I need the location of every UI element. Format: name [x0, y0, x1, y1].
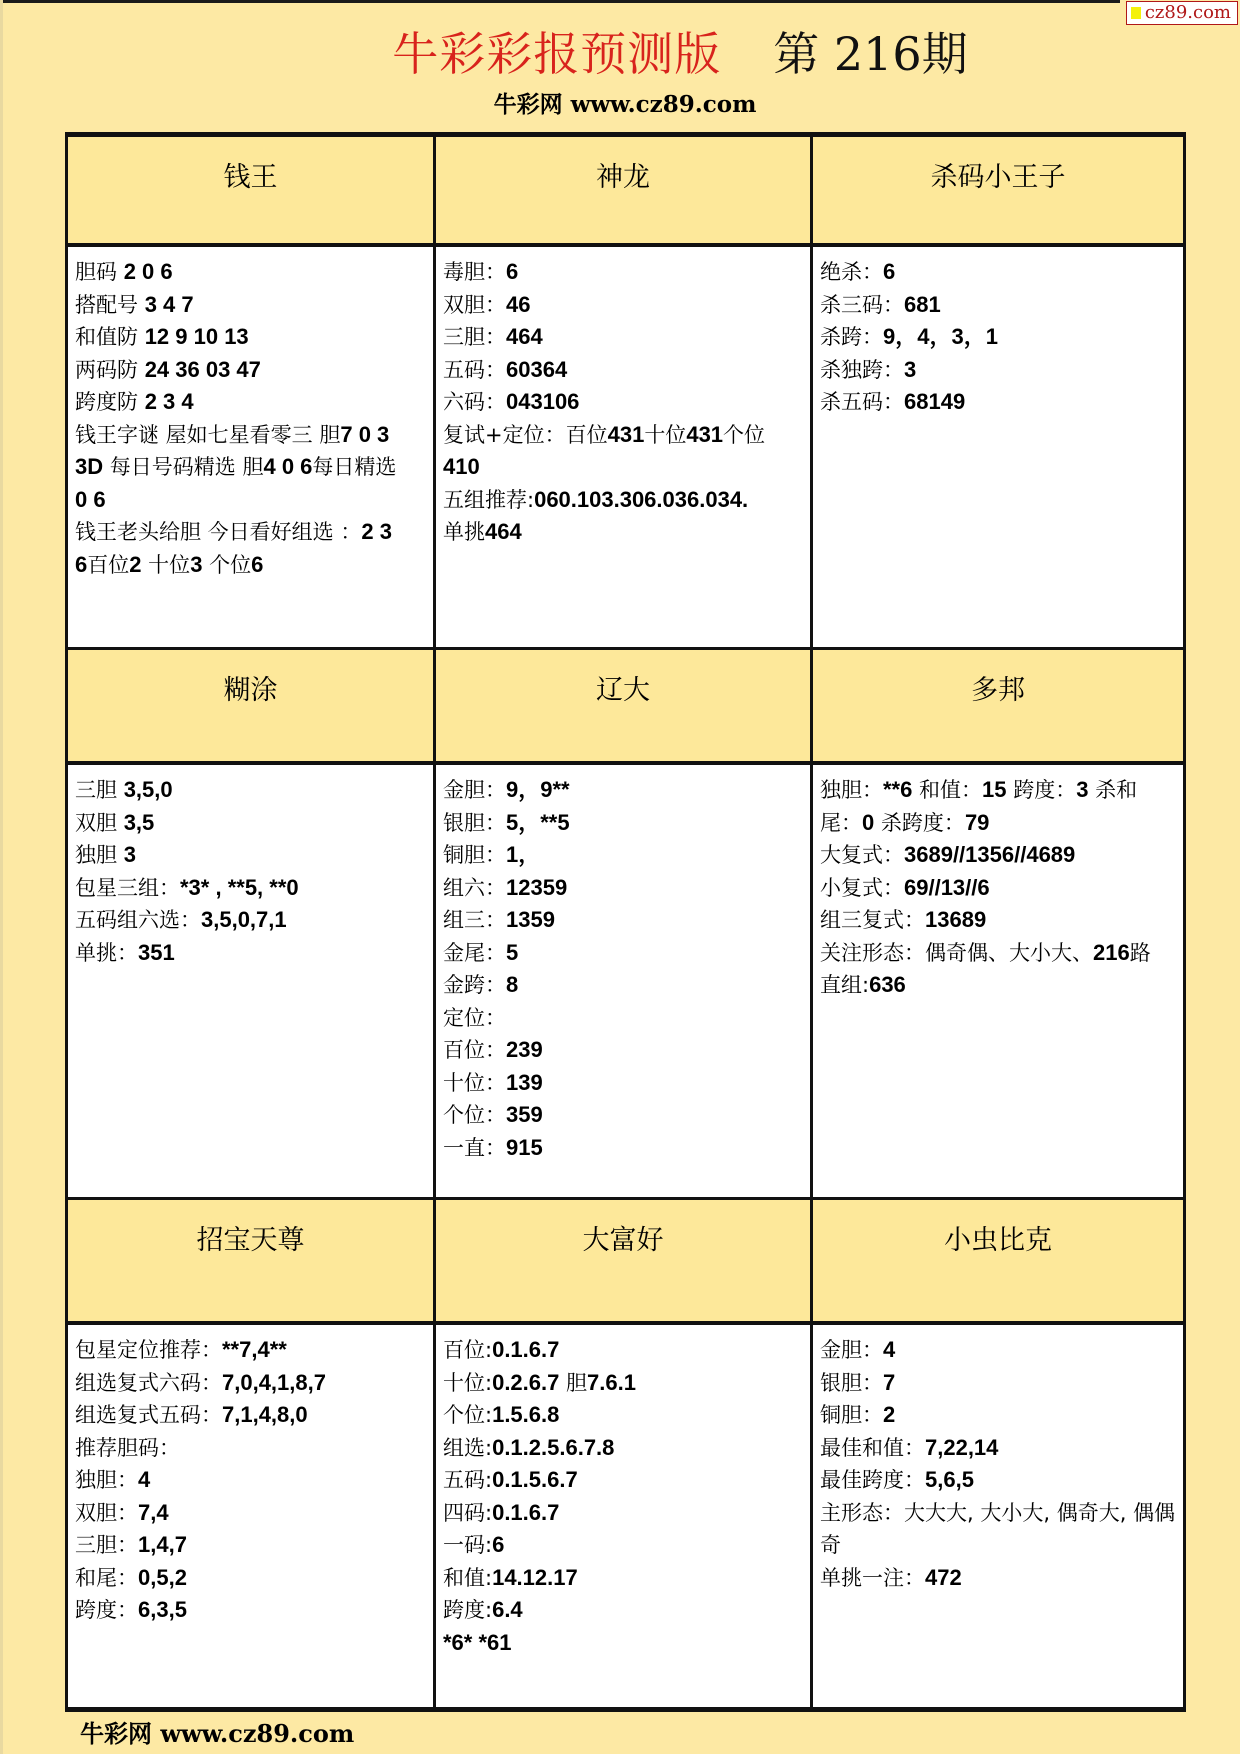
entry-line: 定位：	[443, 1002, 810, 1035]
entry-line: 尾：0 杀跨度：79	[820, 807, 1183, 840]
entry-label: 独胆：	[75, 1468, 138, 1492]
entry-label: 奇	[820, 1533, 841, 1557]
entry-value: 1359	[506, 907, 555, 932]
entry-line: 主形态：大大大, 大小大, 偶奇大, 偶偶	[820, 1497, 1183, 1530]
entry-line: 一码:6	[443, 1529, 810, 1562]
entry-line: 杀跨：9，4，3，1	[820, 321, 1183, 354]
entry-line: 最佳和值：7,22,14	[820, 1432, 1183, 1465]
entry-line: 直组:636	[820, 969, 1183, 1002]
entry-label: 一直：	[443, 1136, 506, 1160]
entry-value: 216	[1093, 940, 1130, 965]
entry-value: **6	[883, 777, 912, 802]
entry-line: 关注形态：偶奇偶、大小大、216路	[820, 937, 1183, 970]
entry-value: 60364	[506, 357, 567, 382]
entry-label: 绝杀：	[820, 260, 883, 284]
entry-value: 431	[686, 422, 723, 447]
entry-line: 十位:0.2.6.7 胆7.6.1	[443, 1367, 810, 1400]
entry-label: 关注形态：偶奇偶、大小大、	[820, 941, 1093, 965]
entry-line: 双胆：7,4	[75, 1497, 433, 1530]
entry-value: 12359	[506, 875, 567, 900]
entry-value: **7,4**	[222, 1337, 287, 1362]
section-header-shamaxiaowangzi: 杀码小王子	[813, 137, 1183, 247]
entry-value: 79	[965, 810, 989, 835]
entry-line: 三胆：464	[443, 321, 810, 354]
section-body: 金胆：4银胆：7铜胆：2最佳和值：7,22,14最佳跨度：5,6,5主形态：大大…	[813, 1325, 1183, 1707]
entry-label: 金尾：	[443, 941, 506, 965]
entry-line: 百位：239	[443, 1034, 810, 1067]
entry-label: 金胆：	[820, 1338, 883, 1362]
entry-line: 杀三码：681	[820, 289, 1183, 322]
entry-value: 5，**5	[506, 810, 570, 835]
entry-line: 钱王字谜 屋如七星看零三 胆7 0 3	[75, 419, 433, 452]
entry-value: 1.5.6.8	[492, 1402, 559, 1427]
entry-line: 410	[443, 451, 810, 484]
section-header-zhaobaotianzun: 招宝天尊	[68, 1200, 436, 1325]
section-body: 百位:0.1.6.7十位:0.2.6.7 胆7.6.1个位:1.5.6.8组选:…	[436, 1325, 813, 1707]
section-title: 大富好	[583, 1225, 664, 1256]
entry-label: 杀三码：	[820, 293, 904, 317]
section-header-shenlong: 神龙	[436, 137, 813, 247]
entry-line: 双胆 3,5	[75, 807, 433, 840]
entry-label: 三胆：	[443, 325, 506, 349]
entry-line: 组选:0.1.2.5.6.7.8	[443, 1432, 810, 1465]
entry-label: 组三复式：	[820, 908, 925, 932]
entry-label: 包星三组：	[75, 876, 180, 900]
entry-line: 单挑：351	[75, 937, 433, 970]
entry-label: 个位	[202, 553, 251, 577]
prediction-grid: 钱王 神龙 杀码小王子 胆码 2 0 6搭配号 3 4 7和值防 12 9 10…	[65, 132, 1186, 1712]
section-title: 小虫比克	[944, 1225, 1052, 1256]
entry-value: 351	[138, 940, 175, 965]
section-body: 绝杀：6杀三码：681杀跨：9，4，3，1杀独跨：3杀五码：68149	[813, 247, 1183, 650]
entry-label: 最佳和值：	[820, 1436, 925, 1460]
entry-label: 五码组六选：	[75, 908, 201, 932]
section-title: 糊涂	[224, 675, 278, 706]
entry-line: 和值:14.12.17	[443, 1562, 810, 1595]
entry-line: 大复式：3689//1356//4689	[820, 839, 1183, 872]
entry-line: 金胆：4	[820, 1334, 1183, 1367]
entry-line: 个位:1.5.6.8	[443, 1399, 810, 1432]
entry-label: 杀五码：	[820, 390, 904, 414]
entry-label: 四码:	[443, 1501, 492, 1525]
entry-label: 和值防	[75, 325, 145, 349]
entry-label: 十位：	[443, 1071, 506, 1095]
issue-number: 第 216期	[773, 18, 967, 84]
entry-value: 0.2.6.7	[492, 1370, 559, 1395]
entry-label: 杀独跨：	[820, 358, 904, 382]
entry-line: 独胆：**6 和值：15 跨度：3 杀和	[820, 774, 1183, 807]
entry-value: 3	[904, 357, 916, 382]
entry-line: 组三：1359	[443, 904, 810, 937]
entry-label: 单挑：	[75, 941, 138, 965]
entry-line: 五码：60364	[443, 354, 810, 387]
entry-value: 6,3,5	[138, 1597, 187, 1622]
section-body: 胆码 2 0 6搭配号 3 4 7和值防 12 9 10 13两码防 24 36…	[68, 247, 436, 650]
entry-value: 4	[138, 1467, 150, 1492]
entry-value: 0	[862, 810, 874, 835]
entry-value: 9，9**	[506, 777, 570, 802]
entry-label: 跨度：	[1007, 778, 1077, 802]
entry-value: 69//13//6	[904, 875, 990, 900]
entry-label: 五组推荐:	[443, 488, 534, 512]
entry-label: 定位：	[443, 1006, 506, 1030]
section-header-qianwang: 钱王	[68, 137, 436, 247]
section-header-liaoda: 辽大	[436, 650, 813, 765]
entry-label: 组选复式五码：	[75, 1403, 222, 1427]
section-title: 钱王	[224, 162, 278, 193]
entry-label: 个位:	[443, 1403, 492, 1427]
entry-line: 复试+定位：百位431十位431个位	[443, 419, 810, 452]
entry-line: 四码:0.1.6.7	[443, 1497, 810, 1530]
entry-value: 1,4,7	[138, 1532, 187, 1557]
entry-value: 8	[506, 972, 518, 997]
section-title: 辽大	[596, 675, 650, 706]
entry-label: 跨度：	[75, 1598, 138, 1622]
section-body: 独胆：**6 和值：15 跨度：3 杀和尾：0 杀跨度：79大复式：3689//…	[813, 765, 1183, 1200]
entry-line: 跨度：6,3,5	[75, 1594, 433, 1627]
entry-value: 915	[506, 1135, 543, 1160]
entry-label: 直组:	[820, 973, 869, 997]
entry-label: 三胆	[75, 778, 124, 802]
entry-label: 银胆：	[443, 811, 506, 835]
left-edge	[0, 0, 3, 1754]
entry-label: 杀跨度：	[874, 811, 965, 835]
entry-line: 双胆：46	[443, 289, 810, 322]
entry-label: 十位	[644, 423, 686, 447]
entry-value: 7,0,4,1,8,7	[222, 1370, 326, 1395]
entry-label: 主形态：大大大, 大小大, 偶奇大, 偶偶	[820, 1501, 1175, 1525]
entry-value: 3D	[75, 454, 103, 479]
entry-line: 百位:0.1.6.7	[443, 1334, 810, 1367]
entry-value: 060.103.306.036.034.	[534, 487, 748, 512]
entry-label: 金胆：	[443, 778, 506, 802]
entry-line: 跨度:6.4	[443, 1594, 810, 1627]
entry-value: 464	[506, 324, 543, 349]
entry-label: 银胆：	[820, 1371, 883, 1395]
entry-label: 单挑一注：	[820, 1566, 925, 1590]
entry-label: 最佳跨度：	[820, 1468, 925, 1492]
entry-value: 431	[608, 422, 645, 447]
entry-label: 胆	[559, 1371, 587, 1395]
entry-label: 每日精选	[312, 455, 396, 479]
entry-line: 绝杀：6	[820, 256, 1183, 289]
entry-value: 4 0 6	[263, 454, 312, 479]
entry-label: 三胆：	[75, 1533, 138, 1557]
section-title: 多邦	[971, 675, 1025, 706]
entry-label: 铜胆：	[443, 843, 506, 867]
entry-value: 9，4，3，1	[883, 324, 998, 349]
entry-line: 和值防 12 9 10 13	[75, 321, 433, 354]
entry-label: 双胆：	[75, 1501, 138, 1525]
entry-value: 6.4	[492, 1597, 523, 1622]
entry-line: 和尾：0,5,2	[75, 1562, 433, 1595]
entry-value: 3689//1356//4689	[904, 842, 1075, 867]
entry-line: 金跨：8	[443, 969, 810, 1002]
entry-line: 铜胆：1，	[443, 839, 810, 872]
entry-label: 大复式：	[820, 843, 904, 867]
entry-label: 金跨：	[443, 973, 506, 997]
entry-line: 包星三组：*3* , **5, **0	[75, 872, 433, 905]
entry-value: 2	[883, 1402, 895, 1427]
entry-value: 6	[75, 552, 87, 577]
entry-line: 0 6	[75, 484, 433, 517]
entry-line: 一直：915	[443, 1132, 810, 1165]
entry-value: 3	[124, 842, 136, 867]
entry-value: 7.6.1	[587, 1370, 636, 1395]
entry-value: 46	[506, 292, 530, 317]
entry-value: 0 6	[75, 487, 106, 512]
entry-value: 472	[925, 1565, 962, 1590]
entry-line: 胆码 2 0 6	[75, 256, 433, 289]
entry-label: 尾：	[820, 811, 862, 835]
entry-label: 十位	[142, 553, 191, 577]
entry-line: 五码组六选：3,5,0,7,1	[75, 904, 433, 937]
entry-value: 0,5,2	[138, 1565, 187, 1590]
entry-value: 7,1,4,8,0	[222, 1402, 308, 1427]
entry-value: 239	[506, 1037, 543, 1062]
entry-line: 银胆：7	[820, 1367, 1183, 1400]
entry-label: 五码：	[443, 358, 506, 382]
entry-value: 3,5,0	[124, 777, 173, 802]
entry-line: 十位：139	[443, 1067, 810, 1100]
entry-value: 464	[485, 519, 522, 544]
section-title: 招宝天尊	[197, 1225, 305, 1256]
entry-value: 359	[506, 1102, 543, 1127]
section-header-hutu: 糊涂	[68, 650, 436, 765]
section-header-dafuhao: 大富好	[436, 1200, 813, 1325]
entry-value: 139	[506, 1070, 543, 1095]
entry-label: 复试+定位：百位	[443, 423, 608, 447]
entry-value: 0.1.6.7	[492, 1500, 559, 1525]
entry-label: 独胆	[75, 843, 124, 867]
entry-value: 0.1.6.7	[492, 1337, 559, 1362]
section-header-duobang: 多邦	[813, 650, 1183, 765]
entry-label: 和值：	[912, 778, 982, 802]
entry-label: 跨度防	[75, 390, 145, 414]
entry-label: 个位：	[443, 1103, 506, 1127]
entry-value: 6	[492, 1532, 504, 1557]
entry-label: 双胆：	[443, 293, 506, 317]
entry-value: 3 4 7	[145, 292, 194, 317]
entry-line: 金胆：9，9**	[443, 774, 810, 807]
entry-line: 两码防 24 36 03 47	[75, 354, 433, 387]
entry-label: 组六：	[443, 876, 506, 900]
entry-line: 铜胆：2	[820, 1399, 1183, 1432]
section-header-xiaochongbike: 小虫比克	[813, 1200, 1183, 1325]
entry-line: 三胆 3,5,0	[75, 774, 433, 807]
entry-value: 043106	[506, 389, 579, 414]
entry-label: 十位:	[443, 1371, 492, 1395]
entry-label: 个位	[723, 423, 765, 447]
entry-label: 和尾：	[75, 1566, 138, 1590]
entry-line: 三胆：1,4,7	[75, 1529, 433, 1562]
entry-line: 3D 每日号码精选 胆4 0 6每日精选	[75, 451, 433, 484]
entry-value: 3,5	[124, 810, 155, 835]
entry-value: 0.1.2.5.6.7.8	[492, 1435, 614, 1460]
entry-line: 最佳跨度：5,6,5	[820, 1464, 1183, 1497]
entry-line: 个位：359	[443, 1099, 810, 1132]
entry-line: 组六：12359	[443, 872, 810, 905]
section-body: 毒胆：6双胆：46三胆：464五码：60364六码：043106复试+定位：百位…	[436, 247, 813, 650]
section-title: 杀码小王子	[931, 162, 1066, 193]
entry-label: 包星定位推荐：	[75, 1338, 222, 1362]
entry-value: 3	[1076, 777, 1088, 802]
entry-line: 杀独跨：3	[820, 354, 1183, 387]
entry-line: 独胆：4	[75, 1464, 433, 1497]
entry-label: 胆码	[75, 260, 124, 284]
entry-label: 六码：	[443, 390, 506, 414]
entry-label: 小复式：	[820, 876, 904, 900]
entry-line: 银胆：5，**5	[443, 807, 810, 840]
entry-label: 百位:	[443, 1338, 492, 1362]
entry-value: 14.12.17	[492, 1565, 578, 1590]
entry-value: 2 3 4	[145, 389, 194, 414]
entry-value: 2 0 6	[124, 259, 173, 284]
entry-label: 独胆：	[820, 778, 883, 802]
entry-label: 百位：	[443, 1038, 506, 1062]
entry-label: 杀跨：	[820, 325, 883, 349]
entry-label: 推荐胆码：	[75, 1436, 180, 1460]
entry-line: 组选复式五码：7,1,4,8,0	[75, 1399, 433, 1432]
entry-value: 410	[443, 454, 480, 479]
entry-label: 单挑	[443, 520, 485, 544]
site-subtitle: 牛彩网 www.cz89.com	[0, 86, 1240, 119]
entry-value: 13689	[925, 907, 986, 932]
entry-line: 单挑一注：472	[820, 1562, 1183, 1595]
entry-value: 4	[883, 1337, 895, 1362]
entry-value: 1，	[506, 842, 540, 867]
entry-value: 6	[251, 552, 263, 577]
page-header: 牛彩彩报预测版 第 216期	[0, 18, 1240, 84]
entry-line: 组选复式六码：7,0,4,1,8,7	[75, 1367, 433, 1400]
entry-value: 6	[883, 259, 895, 284]
entry-line: 杀五码：68149	[820, 386, 1183, 419]
page-title: 牛彩彩报预测版	[392, 18, 721, 84]
entry-value: 5	[506, 940, 518, 965]
entry-value: 24 36 03 47	[145, 357, 261, 382]
entry-label: 双胆	[75, 811, 124, 835]
entry-label: 和值:	[443, 1566, 492, 1590]
entry-line: 钱王老头给胆 今日看好组选 ：2 3	[75, 516, 433, 549]
entry-line: *6* *61	[443, 1627, 810, 1660]
entry-label: 杀和	[1088, 778, 1137, 802]
entry-value: 3,5,0,7,1	[201, 907, 287, 932]
entry-label: 五码:	[443, 1468, 492, 1492]
entry-line: 金尾：5	[443, 937, 810, 970]
entry-label: 组选复式六码：	[75, 1371, 222, 1395]
entry-line: 推荐胆码：	[75, 1432, 433, 1465]
entry-value: 3	[190, 552, 202, 577]
entry-line: 包星定位推荐：**7,4**	[75, 1334, 433, 1367]
entry-label: 毒胆：	[443, 260, 506, 284]
entry-line: 奇	[820, 1529, 1183, 1562]
entry-line: 组三复式：13689	[820, 904, 1183, 937]
top-rule	[0, 0, 1120, 3]
section-body: 金胆：9，9**银胆：5，**5铜胆：1，组六：12359组三：1359金尾：5…	[436, 765, 813, 1200]
entry-label: 两码防	[75, 358, 145, 382]
entry-label: 路	[1130, 941, 1151, 965]
entry-line: 单挑464	[443, 516, 810, 549]
entry-label: 钱王老头给胆 今日看好组选 ：	[75, 520, 361, 544]
entry-label: 每日号码精选 胆	[103, 455, 263, 479]
entry-value: 2 3	[361, 519, 392, 544]
entry-value: *3* , **5, **0	[180, 875, 299, 900]
entry-line: 小复式：69//13//6	[820, 872, 1183, 905]
entry-line: 6百位2 十位3 个位6	[75, 549, 433, 582]
entry-value: 2	[129, 552, 141, 577]
entry-line: 搭配号 3 4 7	[75, 289, 433, 322]
entry-value: 7,22,14	[925, 1435, 998, 1460]
section-body: 包星定位推荐：**7,4**组选复式六码：7,0,4,1,8,7组选复式五码：7…	[68, 1325, 436, 1707]
entry-value: 68149	[904, 389, 965, 414]
entry-line: 毒胆：6	[443, 256, 810, 289]
entry-label: 钱王字谜 屋如七星看零三 胆	[75, 423, 340, 447]
entry-label: 铜胆：	[820, 1403, 883, 1427]
entry-line: 五码:0.1.5.6.7	[443, 1464, 810, 1497]
entry-value: 7,4	[138, 1500, 169, 1525]
entry-value: 7 0 3	[340, 422, 389, 447]
entry-value: 7	[883, 1370, 895, 1395]
entry-line: 六码：043106	[443, 386, 810, 419]
entry-value: 5,6,5	[925, 1467, 974, 1492]
entry-label: 搭配号	[75, 293, 145, 317]
entry-value: 15	[982, 777, 1006, 802]
entry-value: 12 9 10 13	[145, 324, 249, 349]
entry-label: 一码:	[443, 1533, 492, 1557]
entry-value: *6* *61	[443, 1630, 512, 1655]
footer-site: 牛彩网 www.cz89.com	[80, 1714, 354, 1749]
entry-value: 636	[869, 972, 906, 997]
section-body: 三胆 3,5,0双胆 3,5独胆 3包星三组：*3* , **5, **0五码组…	[68, 765, 436, 1200]
entry-line: 独胆 3	[75, 839, 433, 872]
entry-label: 组三：	[443, 908, 506, 932]
entry-value: 6	[506, 259, 518, 284]
entry-line: 五组推荐:060.103.306.036.034.	[443, 484, 810, 517]
entry-value: 0.1.5.6.7	[492, 1467, 578, 1492]
entry-value: 681	[904, 292, 941, 317]
entry-label: 组选:	[443, 1436, 492, 1460]
entry-line: 跨度防 2 3 4	[75, 386, 433, 419]
entry-label: 跨度:	[443, 1598, 492, 1622]
section-title: 神龙	[596, 162, 650, 193]
entry-label: 百位	[87, 553, 129, 577]
